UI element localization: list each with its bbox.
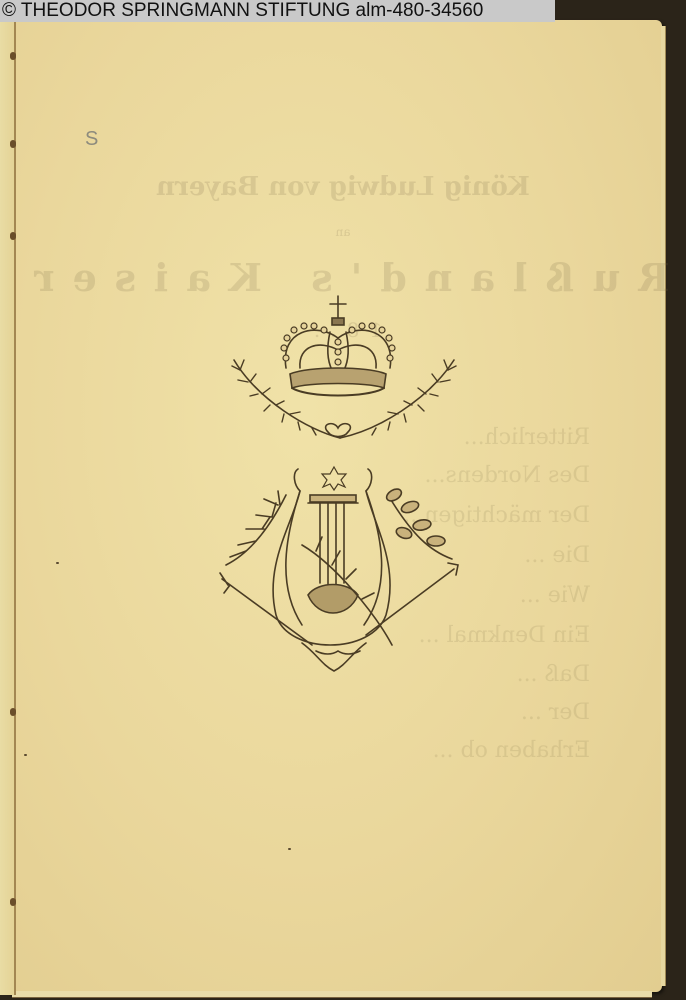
lyre-emblem-icon [216, 455, 466, 673]
book-spine [0, 20, 16, 995]
page-edge-right [661, 26, 666, 986]
show-through-an: an [0, 225, 686, 239]
shelf-mark: S [85, 128, 98, 151]
show-through-title: König Ludwig von Bayern [0, 172, 686, 202]
paper-speck [56, 562, 59, 564]
paper-speck [24, 754, 27, 756]
crown-icon [228, 290, 460, 450]
show-through-verse-line: Der ... [100, 700, 590, 725]
page-edge-bottom [12, 991, 652, 998]
binding-stitch [10, 52, 16, 60]
binding-stitch [10, 898, 16, 906]
copyright-watermark: © THEODOR SPRINGMANN STIFTUNG alm-480-34… [0, 0, 555, 22]
paper-speck [288, 848, 291, 850]
binding-stitch [10, 140, 16, 148]
show-through-verse-line: Erhaben ob ... [100, 738, 590, 763]
binding-stitch [10, 708, 16, 716]
